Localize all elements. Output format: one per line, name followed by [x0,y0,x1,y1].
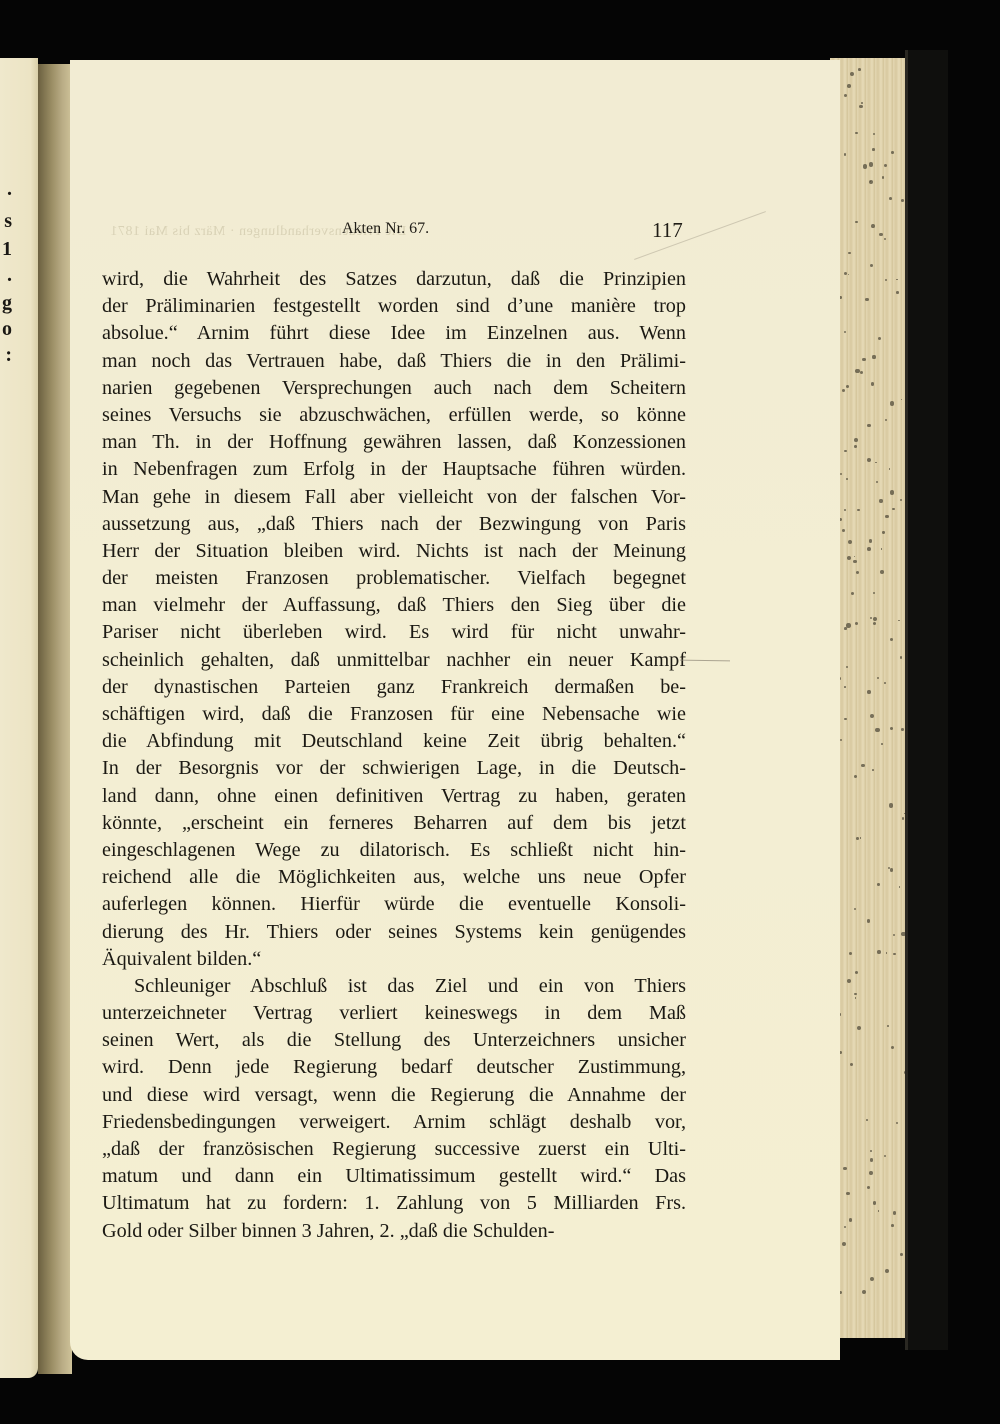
text-line: „daß der französischen Regierung success… [102,1136,686,1163]
text-line: wird. Denn jede Regierung bedarf deutsch… [102,1054,686,1081]
foxing-speck [884,682,886,684]
page-header: Die Friedensverhandlungen · März bis Mai… [70,220,840,244]
foxing-speck [844,509,846,511]
text-line: man vielmehr der Auffassung, daß Thiers … [102,592,686,619]
foxing-speck [879,233,883,237]
foxing-speck [867,1186,870,1189]
foxing-speck [879,499,882,502]
foxing-speck [890,868,893,871]
foxing-speck [873,617,877,621]
foxing-speck [867,690,871,694]
foxing-speck [848,540,852,544]
foxing-speck [871,224,875,228]
foxing-speck [855,132,858,135]
foxing-speck [876,481,878,483]
foxing-speck [875,728,879,732]
foxing-speck [844,627,847,630]
running-head: Akten Nr. 67. [342,220,429,238]
foxing-speck [857,1026,861,1030]
text-line: auferlegen können. Hierfür würde die eve… [102,891,686,918]
foxing-speck [881,548,883,550]
foxing-speck [862,1290,866,1294]
foxing-speck [855,369,859,373]
foxing-speck [844,331,846,333]
text-line: In der Besorgnis vor der schwierigen Lag… [102,755,686,782]
foxing-speck [900,1253,903,1256]
foxing-speck [859,105,862,108]
foxing-speck [850,1063,853,1066]
text-line: Ultimatum hat zu fordern: 1. Zahlung von… [102,1190,686,1217]
foxing-speck [901,199,904,202]
foxing-speck [840,473,843,476]
foxing-speck [885,419,887,421]
foxing-speck [855,997,857,999]
foxing-speck [844,686,846,688]
text-line: dierung des Hr. Thiers oder seines Syste… [102,919,686,946]
foxing-speck [890,401,894,405]
foxing-speck [885,515,889,519]
foxing-speck [877,883,880,886]
foxing-speck [890,490,894,494]
foxing-speck [844,94,847,97]
page-number: 117 [652,218,683,243]
foxing-speck [846,623,850,627]
text-line: Pariser nicht überleben wird. Es wird fü… [102,619,686,646]
foxing-speck [846,666,849,669]
foxing-speck [855,221,857,223]
text-line: die Abfindung mit Deutschland keine Zeit… [102,728,686,755]
foxing-speck [847,979,851,983]
book-cover-edge [905,50,948,1350]
foxing-speck [842,389,845,392]
foxing-speck [893,1211,896,1214]
foxing-speck [844,153,846,155]
foxing-speck [891,1046,894,1049]
text-line: aussetzung aus, „daß Thiers nach der Bez… [102,511,686,538]
foxing-speck [867,547,871,551]
text-line: eingeschlagenen Wege zu dilatorisch. Es … [102,837,686,864]
foxing-speck [878,337,881,340]
foxing-speck [854,556,856,558]
left-page-fragment: g [0,290,12,316]
text-line: in Nebenfragen zum Erfolg in der Hauptsa… [102,456,686,483]
foxing-speck [896,1122,898,1124]
text-line: scheinlich gehalten, daß unmittelbar nac… [102,647,686,674]
foxing-speck [854,775,857,778]
foxing-speck [872,769,874,771]
text-line: seinen Wert, als die Stellung des Unterz… [102,1027,686,1054]
foxing-speck [881,743,883,745]
foxing-speck [848,274,850,276]
foxing-speck [893,934,895,936]
foxing-speck [890,638,893,641]
text-line: wird, die Wahrheit des Satzes darzutun, … [102,266,686,293]
foxing-speck [843,1167,846,1170]
text-line: land dann, ohne einen definitiven Vertra… [102,783,686,810]
foxing-speck [869,180,873,184]
foxing-speck [842,1242,846,1246]
foxing-speck [872,355,875,358]
text-line: Schleuniger Abschluß ist das Ziel und ei… [102,973,686,1000]
foxing-speck [844,1226,846,1228]
foxing-speck [858,68,861,71]
foxing-speck [870,617,872,619]
text-line: Äquivalent bilden.“ [102,946,686,973]
foxing-speck [850,72,854,76]
foxing-speck [846,385,849,388]
text-line: der dynastischen Parteien ganz Frankreic… [102,674,686,701]
foxing-speck [884,238,886,240]
foxing-speck [840,739,842,741]
foxing-speck [848,252,850,254]
foxing-speck [861,764,864,767]
foxing-speck [889,197,892,200]
foxing-speck [896,291,899,294]
foxing-speck [855,971,858,974]
text-line: Gold oder Silber binnen 3 Jahren, 2. „da… [102,1218,686,1245]
foxing-speck [844,718,846,720]
text-line: narien gegebenen Versprechungen auch nac… [102,375,686,402]
text-line: könnte, „erscheint ein ferneres Beharren… [102,810,686,837]
foxing-speck [892,508,895,511]
foxing-speck [901,399,903,401]
foxing-speck [885,279,887,281]
foxing-speck [849,952,853,956]
left-page-fragment: o [0,316,12,342]
foxing-speck [890,727,893,730]
foxing-speck [875,462,877,464]
foxing-speck [849,1218,852,1221]
foxing-speck [869,539,872,542]
left-page-fragment: 1 [0,236,12,262]
foxing-speck [870,1158,873,1161]
text-line: matum und dann ein Ultimatissimum gestel… [102,1163,686,1190]
text-line: Man gehe in diesem Fall aber vielleicht … [102,484,686,511]
text-line: und diese wird versagt, wenn die Regieru… [102,1082,686,1109]
foxing-speck [867,919,870,922]
text-line: absolue.“ Arnim führt diese Idee im Einz… [102,320,686,347]
foxing-speck [889,468,891,470]
text-line: unterzeichneter Vertrag verliert keinesw… [102,1000,686,1027]
foxing-speck [844,272,847,275]
foxing-speck [873,133,875,135]
text-line: schäftigen wird, daß die Franzosen für e… [102,701,686,728]
foxing-speck [880,570,884,574]
foxing-speck [851,592,854,595]
foxing-speck [855,622,858,625]
foxing-speck [847,556,851,560]
foxing-speck [854,993,856,995]
foxing-speck [882,531,884,533]
foxing-speck [891,151,894,154]
foxing-speck [854,908,856,910]
text-line: seines Versuchs sie abzuschwächen, erfül… [102,402,686,429]
foxing-speck [869,162,873,166]
foxing-speck [899,886,901,888]
left-page-edge: . s 1 . g o : [0,58,38,1378]
text-line: man noch das Vertrauen habe, daß Thiers … [102,348,686,375]
foxing-speck [901,728,904,731]
foxing-speck [854,445,857,448]
foxing-speck [856,571,859,574]
foxing-speck [878,1210,880,1212]
foxing-speck [877,677,879,679]
foxing-speck [854,438,858,442]
foxing-speck [853,560,857,564]
foxing-speck [846,1192,849,1195]
foxing-speck [872,148,875,151]
pencil-mark [680,660,730,662]
foxing-speck [900,499,902,501]
text-line: man Th. in der Hoffnung gewähren lassen,… [102,429,686,456]
foxing-speck [866,1119,868,1121]
foxing-speck [862,358,866,362]
foxing-speck [870,1150,872,1152]
foxing-speck [891,1224,894,1227]
foxing-speck [884,164,887,167]
foxing-speck [898,620,900,622]
foxing-speck [870,264,873,267]
foxing-speck [871,382,875,386]
foxing-speck [882,176,885,179]
foxing-speck [847,84,851,88]
foxing-speck [867,424,871,428]
foxing-speck [896,279,898,281]
text-line: der Präliminarien festgestellt worden si… [102,293,686,320]
foxing-speck [869,1171,873,1175]
foxing-speck [884,1155,886,1157]
left-page-fragment: s [0,208,12,234]
text-line: der meisten Franzosen problematischer. V… [102,565,686,592]
book-gutter [38,64,72,1374]
text-line: Friedensbedingungen verweigert. Arnim sc… [102,1109,686,1136]
left-page-fragment: . [0,262,12,288]
foxing-speck [902,817,905,820]
foxing-speck [865,298,868,301]
left-page-fragment: : [0,342,12,368]
foxing-speck [900,656,902,658]
foxing-speck [870,1277,874,1281]
foxing-speck [873,1201,877,1205]
foxing-speck [877,950,881,954]
foxing-speck [856,837,859,840]
body-text: wird, die Wahrheit des Satzes darzutun, … [102,266,686,1245]
foxing-speck [873,592,875,594]
left-page-fragment: . [0,176,12,202]
foxing-speck [846,478,848,480]
foxing-speck [842,529,845,532]
foxing-speck [861,102,863,104]
text-line: reichend alle die Möglichkeiten aus, wel… [102,864,686,891]
foxing-speck [844,450,847,453]
foxing-speck [857,509,859,511]
foxing-speck [860,371,863,374]
foxing-speck [870,714,874,718]
foxing-speck [887,1025,889,1027]
foxing-speck [867,458,871,462]
foxing-speck [863,164,867,168]
foxing-speck [860,837,862,839]
text-line: Herr der Situation bleiben wird. Nichts … [102,538,686,565]
foxing-speck [885,1269,889,1273]
book-page: Die Friedensverhandlungen · März bis Mai… [70,60,840,1360]
foxing-speck [873,622,876,625]
foxing-speck [889,803,893,807]
foxing-speck [886,952,888,954]
foxing-speck [893,953,895,955]
